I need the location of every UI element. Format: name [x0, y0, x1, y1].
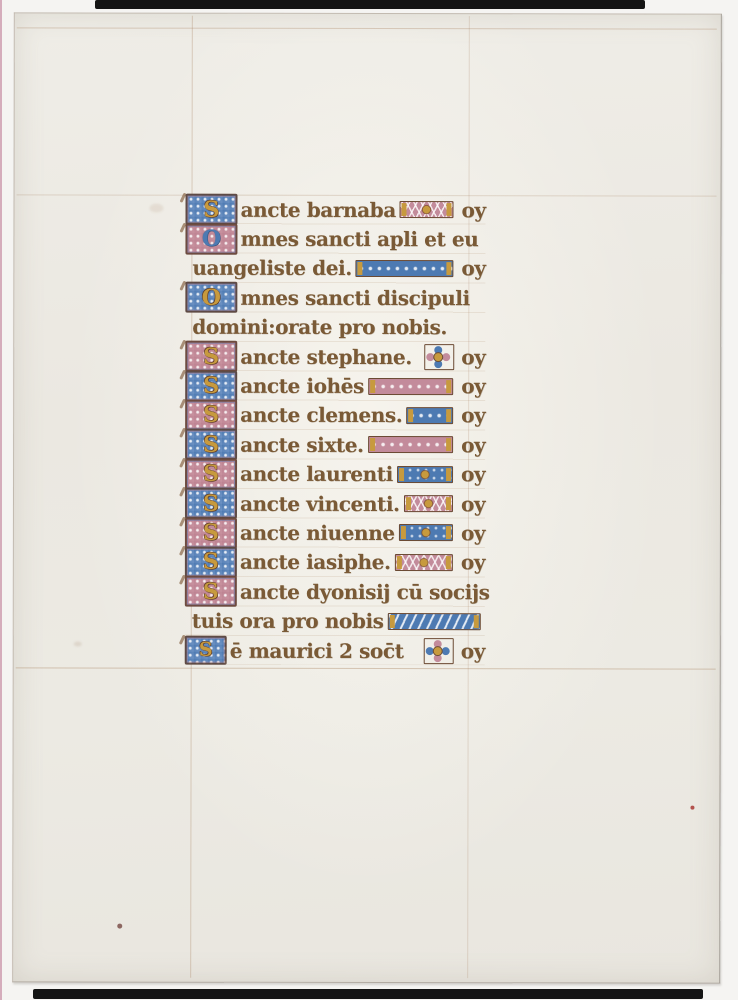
- text-line: O mnes sancti discipuli: [185, 283, 485, 313]
- initial-letter: S: [203, 404, 219, 426]
- line-text: ancte iohēs: [240, 374, 364, 398]
- response-abbreviation: oy: [461, 433, 485, 457]
- initial-letter: S: [203, 463, 219, 485]
- illuminated-initial: S: [185, 636, 227, 665]
- line-filler-ornament: [368, 378, 453, 395]
- response-abbreviation: oy: [462, 198, 486, 222]
- text-line: S ancte niuenne oy: [185, 518, 485, 548]
- ruling-line-horizontal-textblock-bottom: [16, 667, 716, 669]
- text-line: S ancte vincenti. oy: [185, 489, 485, 519]
- response-abbreviation: oy: [461, 404, 485, 428]
- line-text: ancte clemens.: [240, 403, 402, 427]
- response-abbreviation: oy: [461, 492, 485, 516]
- text-line: S ancte laurenti oy: [185, 459, 485, 489]
- litany-text-block: S ancte barnaba oy O mnes sancti apli et…: [185, 195, 486, 666]
- line-filler-ornament: [424, 638, 454, 664]
- line-text: ē maurici 2 soc̄t: [230, 638, 404, 662]
- text-line: S ancte iohēs oy: [185, 371, 485, 401]
- line-filler-ornament: [388, 613, 481, 630]
- illuminated-initial: S: [185, 488, 237, 519]
- line-filler-ornament: [424, 344, 454, 370]
- illuminated-initial: S: [185, 458, 237, 489]
- stain-spot: [74, 641, 82, 646]
- illuminated-initial: S: [185, 341, 237, 372]
- line-filler-ornament: [404, 495, 453, 512]
- text-line: tuis ora pro nobis: [185, 606, 485, 636]
- stain-spot: [690, 806, 694, 810]
- line-text: ancte laurenti: [240, 462, 393, 486]
- text-line: S ancte barnaba oy: [185, 195, 485, 225]
- line-text: ancte iasiphe.: [240, 550, 391, 574]
- initial-letter: S: [203, 522, 219, 544]
- text-line: S ancte iasiphe. oy: [185, 547, 485, 577]
- line-filler-ornament: [399, 525, 453, 542]
- parchment-leaf: S ancte barnaba oy O mnes sancti apli et…: [12, 12, 722, 983]
- line-filler-ornament: [400, 201, 454, 218]
- line-text: ancte niuenne: [240, 521, 395, 545]
- initial-letter: S: [199, 641, 213, 660]
- illuminated-initial: S: [185, 429, 237, 460]
- illuminated-initial: S: [185, 576, 237, 607]
- initial-letter: S: [203, 551, 219, 573]
- line-filler-ornament: [395, 554, 453, 571]
- illuminated-initial: O: [185, 282, 237, 313]
- response-abbreviation: oy: [461, 257, 485, 281]
- line-text: tuis ora pro nobis: [192, 609, 384, 633]
- illuminated-initial: S: [185, 547, 237, 578]
- text-line: O mnes sancti apli et eu: [185, 224, 485, 254]
- photo-border-bottom: [33, 989, 703, 999]
- line-text: ancte vincenti.: [240, 491, 400, 515]
- line-filler-ornament: [406, 407, 453, 424]
- line-filler-ornament: [356, 260, 454, 277]
- illuminated-initial: O: [185, 223, 237, 254]
- initial-letter: O: [202, 228, 221, 250]
- response-abbreviation: oy: [461, 639, 485, 663]
- text-line: uangeliste dei. oy: [185, 253, 485, 283]
- initial-letter: S: [203, 580, 219, 602]
- initial-letter: O: [202, 287, 221, 309]
- initial-letter: S: [203, 345, 219, 367]
- line-text: uangeliste dei.: [192, 256, 351, 280]
- illuminated-initial: S: [185, 400, 237, 431]
- text-line: S ancte stephane. oy: [185, 342, 485, 372]
- text-line: S ancte dyonisij cū socijs: [185, 577, 485, 607]
- response-abbreviation: oy: [461, 521, 485, 545]
- text-line: domini:orate pro nobis.: [185, 312, 485, 342]
- initial-letter: S: [203, 434, 219, 456]
- photo-border-top: [95, 0, 645, 9]
- line-text: domini:orate pro nobis.: [192, 315, 447, 339]
- stain-spot: [117, 924, 122, 929]
- text-line: S ancte sixte. oy: [185, 430, 485, 460]
- initial-letter: S: [203, 492, 219, 514]
- response-abbreviation: oy: [461, 551, 485, 575]
- response-abbreviation: oy: [461, 462, 485, 486]
- stain-spot: [149, 204, 163, 213]
- illuminated-initial: S: [185, 194, 237, 225]
- line-text: ancte stephane.: [240, 344, 412, 368]
- line-text: mnes sancti discipuli: [240, 286, 469, 310]
- illuminated-initial: S: [185, 517, 237, 548]
- line-text: ancte barnaba: [240, 197, 395, 221]
- photo-edge-left: [0, 0, 2, 1000]
- line-filler-ornament: [368, 436, 454, 453]
- line-text: mnes sancti apli et eu: [240, 227, 478, 251]
- line-text: ancte dyonisij cū socijs: [240, 580, 490, 604]
- text-line: S ē maurici 2 soc̄t oy: [185, 636, 485, 666]
- response-abbreviation: oy: [461, 374, 485, 398]
- initial-letter: S: [203, 375, 219, 397]
- line-filler-ornament: [397, 466, 453, 483]
- response-abbreviation: oy: [461, 345, 485, 369]
- text-line: S ancte clemens. oy: [185, 400, 485, 430]
- illuminated-initial: S: [185, 370, 237, 401]
- ruling-line-horizontal-top: [17, 27, 717, 29]
- initial-letter: S: [204, 198, 220, 220]
- line-text: ancte sixte.: [240, 433, 364, 457]
